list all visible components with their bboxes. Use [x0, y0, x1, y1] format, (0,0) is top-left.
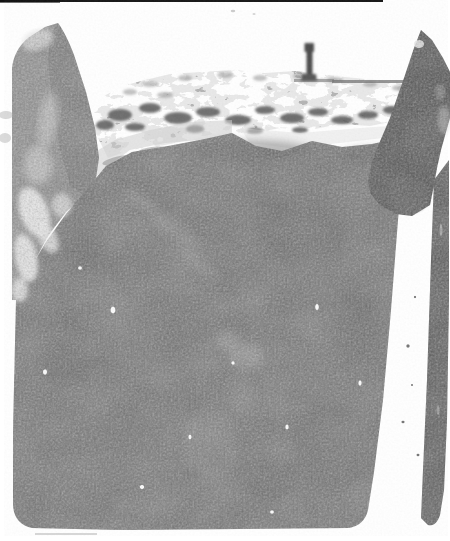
- bottom-smudge: [35, 533, 97, 535]
- photograph: [0, 0, 450, 541]
- photograph-canvas: [0, 0, 450, 541]
- paper-speckle: [4, 0, 448, 536]
